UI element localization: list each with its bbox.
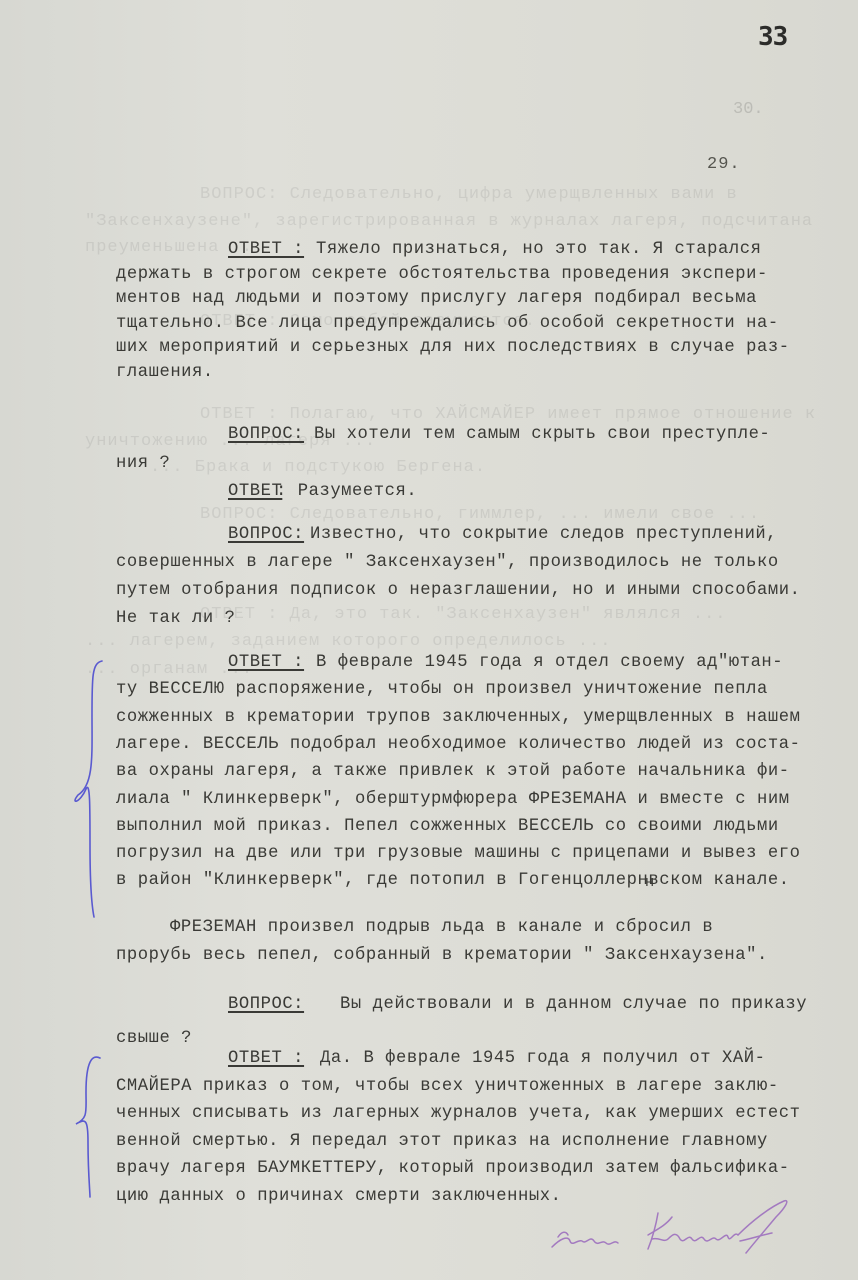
text-line: врачу лагеря БАУМКЕТТЕРУ, который произв…	[116, 1159, 790, 1178]
text-line: ментов над людьми и поэтому прислугу лаг…	[116, 289, 757, 308]
text-line: держать в строгом секрете обстоятельства…	[116, 265, 768, 284]
text-line: прорубь весь пепел, собранный в крематор…	[116, 946, 768, 965]
question-label: ВОПРОС:	[228, 525, 304, 544]
answer-label: ОТВЕТ :	[228, 653, 304, 672]
answer-label: ОТВЕТ :	[228, 240, 304, 259]
text-line: выполнил мой приказ. Пепел сожженных ВЕС…	[116, 817, 779, 836]
text-line: погрузил на две или три грузовые машины …	[116, 844, 800, 863]
text-line: Не так ли ?	[116, 609, 236, 628]
text-line: : Разумеется.	[276, 482, 417, 501]
text-line: ченных списывать из лагерных журналов уч…	[116, 1104, 800, 1123]
text-line: сожженных в крематории трупов заключенны…	[116, 708, 800, 727]
text-line: венной смертью. Я передал этот приказ на…	[116, 1132, 768, 1151]
text-line: тщательно. Все лица предупреждались об о…	[116, 314, 779, 333]
text-line: Известно, что сокрытие следов преступлен…	[310, 525, 777, 544]
text-line: Да. В феврале 1945 года я получил от ХАЙ…	[320, 1049, 765, 1068]
page-number: 29.	[707, 155, 741, 174]
text-line: в район "Клинкерверк", где потопил в Гог…	[116, 871, 790, 890]
text-line: свыше ?	[116, 1029, 192, 1048]
text-line: глашения.	[116, 363, 214, 382]
text-line: лиала " Клинкерверк", оберштурмфюрера ФР…	[116, 790, 790, 809]
text-line: ших мероприятий и серьезных для них посл…	[116, 338, 790, 357]
text-line: путем отобрания подписок о неразглашении…	[116, 581, 800, 600]
text-line: ва охраны лагеря, а также привлек к этой…	[116, 762, 790, 781]
text-line: Тяжело признаться, но это так. Я старалс…	[316, 240, 761, 259]
question-label: ВОПРОС:	[228, 425, 304, 444]
archive-stamp-number: 33	[758, 22, 787, 52]
text-line: ФРЕЗЕМАН произвел подрыв льда в канале и…	[170, 918, 713, 937]
answer-label: ОТВЕТ :	[228, 1049, 304, 1068]
text-line: Вы хотели тем самым скрыть свои преступл…	[314, 425, 770, 444]
text-line: ния ?	[116, 454, 170, 473]
text-line: цию данных о причинах смерти заключенных…	[116, 1187, 561, 1206]
answer-label: ОТВЕТ	[228, 482, 282, 501]
text-line: лагере. ВЕССЕЛЬ подобрал необходимое кол…	[116, 735, 800, 754]
question-label: ВОПРОС:	[228, 995, 304, 1014]
text-line: СМАЙЕРА приказ о том, чтобы всех уничтож…	[116, 1077, 779, 1096]
handwritten-correction: н	[645, 874, 654, 890]
text-line: ту ВЕССЕЛЮ распоряжение, чтобы он произв…	[116, 680, 768, 699]
text-line: Вы действовали и в данном случае по прик…	[340, 995, 807, 1014]
text-line: совершенных в лагере " Заксенхаузен", пр…	[116, 553, 779, 572]
signature-icon: Anton Kaindl	[540, 1195, 840, 1265]
text-line: В феврале 1945 года я отдел своему ад"ют…	[316, 653, 783, 672]
bleed-through-page-number: 30.	[733, 100, 764, 119]
